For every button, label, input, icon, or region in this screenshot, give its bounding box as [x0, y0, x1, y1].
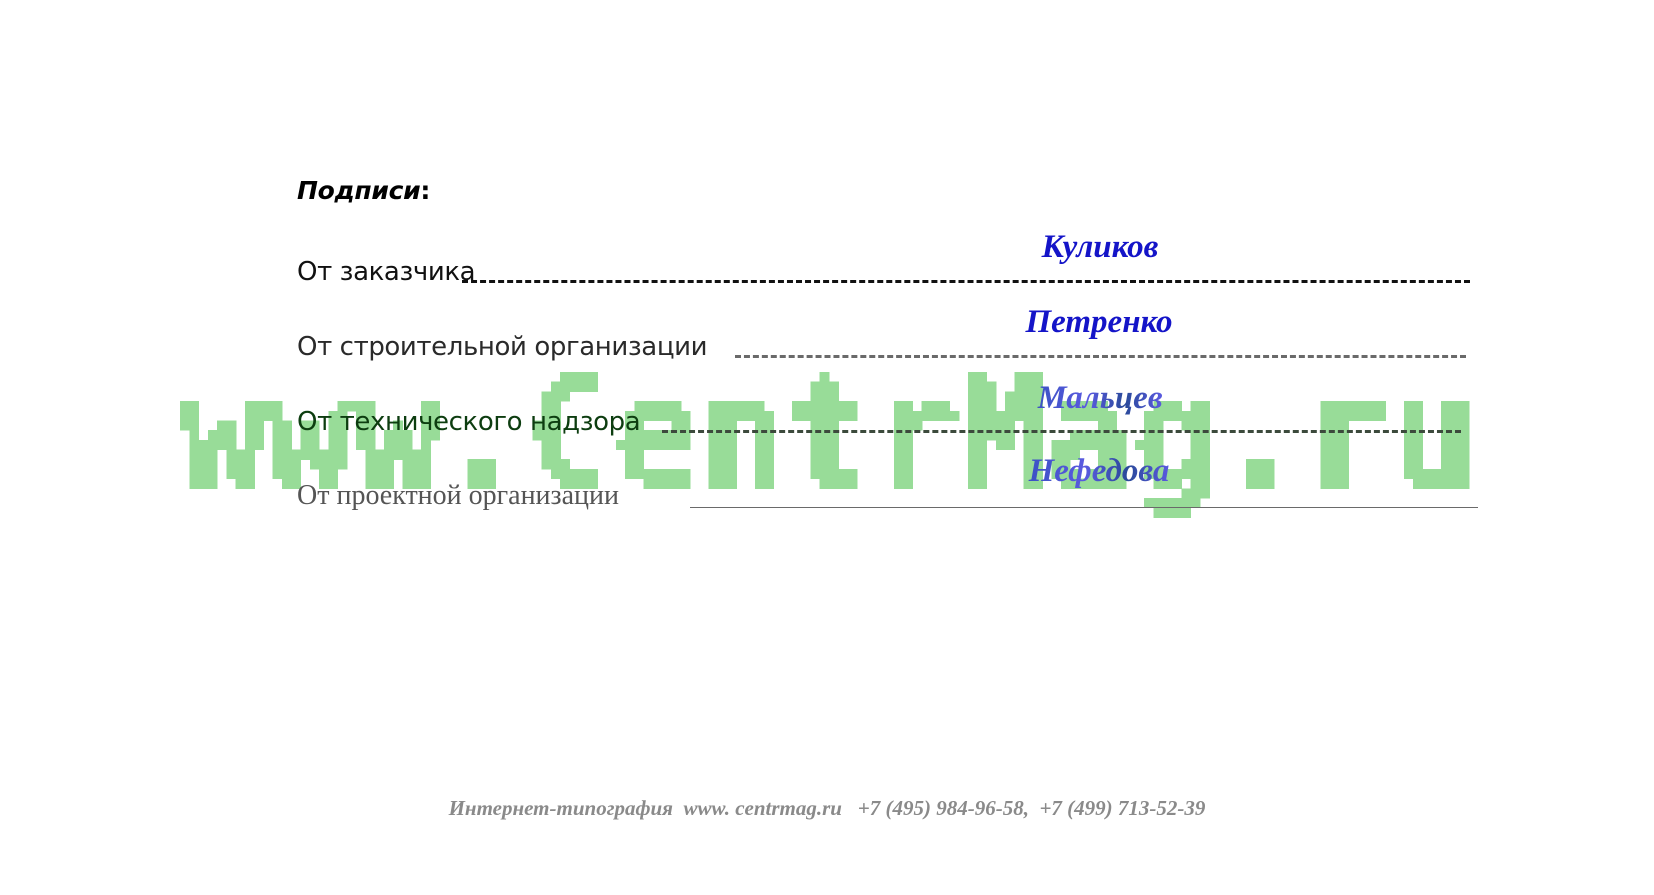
signature-row-construction: От строительной организации — [297, 320, 1477, 360]
footer-website[interactable]: www. centrmag.ru — [683, 796, 842, 820]
row-label: От заказчика — [297, 259, 475, 285]
signature-row-design: От проектной организации — [297, 470, 1482, 510]
signature-line[interactable] — [662, 430, 1461, 433]
row-label: От проектной организации — [297, 482, 619, 510]
signature-name: Нефедова — [1029, 455, 1170, 488]
signatures-section: Подписи: От заказчика Куликов От строите… — [0, 0, 1654, 895]
signature-line[interactable] — [735, 355, 1466, 358]
signature-row-customer: От заказчика — [297, 245, 1477, 285]
footer-label: Интернет-типография — [449, 796, 673, 820]
footer: Интернет-типография www. centrmag.ru +7 … — [0, 796, 1654, 821]
signature-name: Петренко — [1026, 306, 1173, 339]
signature-row-technical-supervision: От технического надзора — [297, 395, 1477, 435]
signature-line[interactable] — [462, 280, 1470, 283]
heading-text: Подписи — [297, 176, 420, 205]
signature-name: Куликов — [1042, 231, 1159, 264]
signatures-heading: Подписи: — [297, 176, 430, 205]
footer-phones: +7 (495) 984-96-58, +7 (499) 713-52-39 — [858, 796, 1206, 820]
signature-name: Мальцев — [1037, 382, 1162, 415]
row-label: От строительной организации — [297, 334, 707, 360]
row-label: От технического надзора — [297, 409, 640, 435]
signature-line[interactable] — [690, 507, 1478, 508]
heading-colon: : — [420, 176, 430, 205]
document-page: www.CentrMag.ru Подписи: От заказчика Ку… — [0, 0, 1654, 895]
